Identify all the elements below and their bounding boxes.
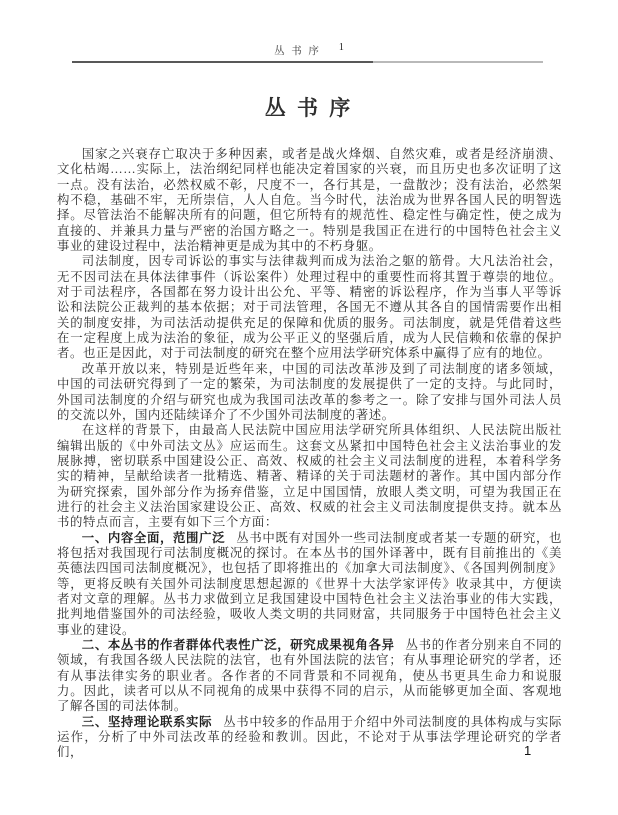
- header-rule-light-segment: [373, 61, 543, 63]
- paragraph: 二、本丛书的作者群体代表性广泛，研究成果视角各异丛书的作者分别来自不同的领域，有…: [57, 638, 562, 715]
- header-rule-dark-segment: [72, 61, 373, 63]
- book-page: 丛 书 序1 丛 书 序 国家之兴衰存亡取决于多种因素，或者是战火烽烟、自然灾难…: [0, 0, 618, 815]
- paragraph: 在这样的背景下，由最高人民法院中国应用法学研究所具体组织、人民法院出版社编辑出版…: [57, 423, 562, 530]
- paragraph: 司法制度，因专司诉讼的事实与法律裁判而成为法治之躯的筋骨。大凡法治社会，无不因司…: [57, 254, 562, 361]
- preface-body: 国家之兴衰存亡取决于多种因素，或者是战火烽烟、自然灾难，或者是经济崩溃、文化枯竭…: [57, 147, 562, 761]
- paragraph-text: 司法制度，因专司诉讼的事实与法律裁判而成为法治之躯的筋骨。大凡法治社会，无不因司…: [57, 254, 562, 360]
- running-header-page-number: 1: [339, 42, 344, 53]
- paragraph-text: 国家之兴衰存亡取决于多种因素，或者是战火烽烟、自然灾难，或者是经济崩溃、文化枯竭…: [57, 147, 562, 253]
- paragraph-text: 改革开放以来，特别是近些年来，中国的司法改革涉及到了司法制度的诸多领域，中国的司…: [57, 362, 562, 422]
- running-header: 丛 书 序1: [0, 43, 618, 58]
- paragraph: 一、内容全面，范围广泛丛书中既有对国外一些司法制度或者某一专题的研究，也将包括对…: [57, 531, 562, 638]
- page-title: 丛 书 序: [0, 92, 618, 122]
- header-rule: [72, 61, 543, 63]
- paragraph-text: 在这样的背景下，由最高人民法院中国应用法学研究所具体组织、人民法院出版社编辑出版…: [57, 423, 562, 529]
- paragraph: 国家之兴衰存亡取决于多种因素，或者是战火烽烟、自然灾难，或者是经济崩溃、文化枯竭…: [57, 147, 562, 254]
- footer-page-number: 1: [524, 743, 531, 758]
- paragraph-text: 丛书中既有对国外一些司法制度或者某一专题的研究，也将包括对我国现行司法制度概况的…: [57, 531, 562, 637]
- paragraph: 三、坚持理论联系实际丛书中较多的作品用于介绍中外司法制度的具体构成与实际运作，分…: [57, 715, 562, 761]
- paragraph-lead-numbered: 三、坚持理论联系实际: [82, 715, 212, 729]
- paragraph-lead-numbered: 二、本丛书的作者群体代表性广泛，研究成果视角各异: [82, 638, 395, 652]
- paragraph-lead-numbered: 一、内容全面，范围广泛: [82, 531, 225, 545]
- running-header-title: 丛 书 序: [274, 46, 321, 57]
- paragraph: 改革开放以来，特别是近些年来，中国的司法改革涉及到了司法制度的诸多领域，中国的司…: [57, 362, 562, 423]
